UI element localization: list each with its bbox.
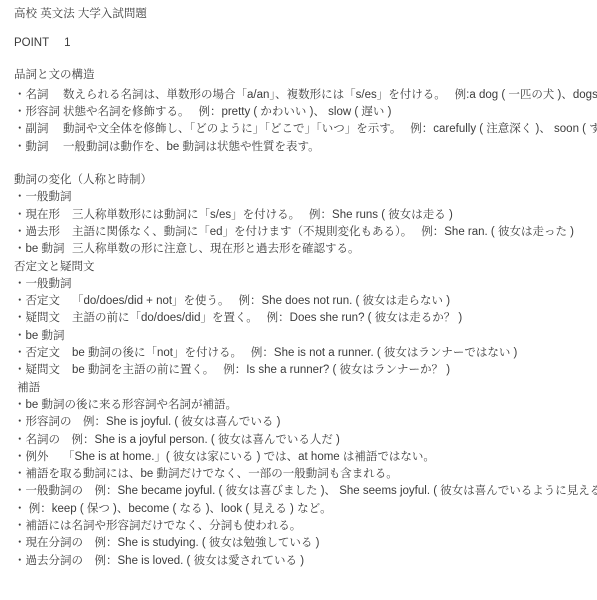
text-line: ・補語を取る動詞には、be 動詞だけでなく、一部の一般動詞も含まれる。 xyxy=(14,466,591,483)
line-term: ・be 動詞 xyxy=(14,241,72,258)
document-body: 品詞と文の構造・名詞数えられる名詞は、単数形の場合「a/an」、複数形には「s/… xyxy=(14,67,591,570)
point-heading: POINT1 xyxy=(14,35,591,52)
line-term: ・動詞 xyxy=(14,139,63,156)
line-text: 三人称単数形には動詞に「s/es」を付ける。 例：She runs ( 彼女は走… xyxy=(72,207,453,224)
section: 補語・be 動詞の後に来る形容詞や名詞が補語。・形容詞の 例：She is jo… xyxy=(14,380,591,570)
line-text: 三人称単数の形に注意し、現在形と過去形を確認する。 xyxy=(72,241,360,258)
text-line: ・be 動詞三人称単数の形に注意し、現在形と過去形を確認する。 xyxy=(14,241,591,258)
line-term: ・否定文 xyxy=(14,293,72,310)
text-line: ・副詞動詞や文全体を修飾し、「どのように」「どこで」「いつ」を示す。 例：car… xyxy=(14,121,591,138)
line-text: 数えられる名詞は、単数形の場合「a/an」、複数形には「s/es」を付ける。 例… xyxy=(63,87,597,104)
line-term: ・形容詞 xyxy=(14,104,63,121)
line-text: 状態や名詞を修飾する。 例：pretty ( かわいい )、 slow ( 遅い… xyxy=(63,104,391,121)
line-term: ・過去形 xyxy=(14,224,72,241)
line-text: be 動詞を主語の前に置く。 例：Is she a runner? ( 彼女はラ… xyxy=(72,362,450,379)
text-line: ・形容詞の 例：She is joyful. ( 彼女は喜んでいる ) xyxy=(14,414,591,431)
document-page: 高校 英文法 大学入試問題 POINT1 品詞と文の構造・名詞数えられる名詞は、… xyxy=(0,0,597,570)
text-line: ・ 例：keep ( 保つ )、become ( なる )、look ( 見える… xyxy=(14,501,591,518)
point-label: POINT xyxy=(14,37,49,49)
line-term: ・疑問文 xyxy=(14,310,72,327)
point-number: 1 xyxy=(64,37,70,49)
text-line: ・現在形三人称単数形には動詞に「s/es」を付ける。 例：She runs ( … xyxy=(14,207,591,224)
text-line: ・形容詞状態や名詞を修飾する。 例：pretty ( かわいい )、 slow … xyxy=(14,104,591,121)
text-line: ・名詞の 例：She is a joyful person. ( 彼女は喜んでい… xyxy=(14,432,591,449)
line-term: ・疑問文 xyxy=(14,362,72,379)
text-line: ・過去形主語に関係なく、動詞に「ed」を付けます（不規則変化もある）。 例：Sh… xyxy=(14,224,591,241)
section-heading: 否定文と疑問文 xyxy=(14,259,591,276)
section-heading: 動詞の変化（人称と時制） xyxy=(14,172,591,189)
section: 品詞と文の構造・名詞数えられる名詞は、単数形の場合「a/an」、複数形には「s/… xyxy=(14,67,591,156)
text-line: ・一般動詞の 例：She became joyful. ( 彼女は喜びました )… xyxy=(14,483,591,500)
text-line: ・動詞一般動詞は動作を、be 動詞は状態や性質を表す。 xyxy=(14,139,591,156)
line-term: ・例外 xyxy=(14,449,63,466)
text-line: ・否定文be 動詞の後に「not」を付ける。 例：She is not a ru… xyxy=(14,345,591,362)
text-line: ・過去分詞の 例：She is loved. ( 彼女は愛されている ) xyxy=(14,553,591,570)
text-line: ・補語には名詞や形容詞だけでなく、分詞も使われる。 xyxy=(14,518,591,535)
line-text: 主語の前に「do/does/did」を置く。 例：Does she run? (… xyxy=(72,310,462,327)
section: 動詞の変化（人称と時制）・一般動詞・現在形三人称単数形には動詞に「s/es」を付… xyxy=(14,172,591,258)
text-line: ・be 動詞の後に来る形容詞や名詞が補語。 xyxy=(14,397,591,414)
line-text: 「do/does/did + not」を使う。 例：She does not r… xyxy=(72,293,450,310)
text-line: ・一般動詞 xyxy=(14,276,591,293)
text-line: ・例外「She is at home.」( 彼女は家にいる ) では、at ho… xyxy=(14,449,591,466)
section: 否定文と疑問文・一般動詞・否定文「do/does/did + not」を使う。 … xyxy=(14,259,591,380)
text-line: ・疑問文be 動詞を主語の前に置く。 例：Is she a runner? ( … xyxy=(14,362,591,379)
text-line: ・否定文「do/does/did + not」を使う。 例：She does n… xyxy=(14,293,591,310)
text-line: ・現在分詞の 例：She is studying. ( 彼女は勉強している ) xyxy=(14,535,591,552)
line-term: ・名詞 xyxy=(14,87,63,104)
line-text: be 動詞の後に「not」を付ける。 例：She is not a runner… xyxy=(72,345,517,362)
line-term: ・副詞 xyxy=(14,121,63,138)
line-term: ・否定文 xyxy=(14,345,72,362)
line-text: 動詞や文全体を修飾し、「どのように」「どこで」「いつ」を示す。 例：carefu… xyxy=(63,121,597,138)
line-text: 「She is at home.」( 彼女は家にいる ) では、at home … xyxy=(63,449,435,466)
line-text: 一般動詞は動作を、be 動詞は状態や性質を表す。 xyxy=(63,139,320,156)
text-line: ・疑問文主語の前に「do/does/did」を置く。 例：Does she ru… xyxy=(14,310,591,327)
section-heading: 補語 xyxy=(14,380,591,397)
line-text: 主語に関係なく、動詞に「ed」を付けます（不規則変化もある）。 例：She ra… xyxy=(72,224,574,241)
line-term: ・現在形 xyxy=(14,207,72,224)
text-line: ・名詞数えられる名詞は、単数形の場合「a/an」、複数形には「s/es」を付ける… xyxy=(14,87,591,104)
text-line: ・be 動詞 xyxy=(14,328,591,345)
text-line: ・一般動詞 xyxy=(14,189,591,206)
section-heading: 品詞と文の構造 xyxy=(14,67,591,84)
document-title: 高校 英文法 大学入試問題 xyxy=(14,6,591,23)
